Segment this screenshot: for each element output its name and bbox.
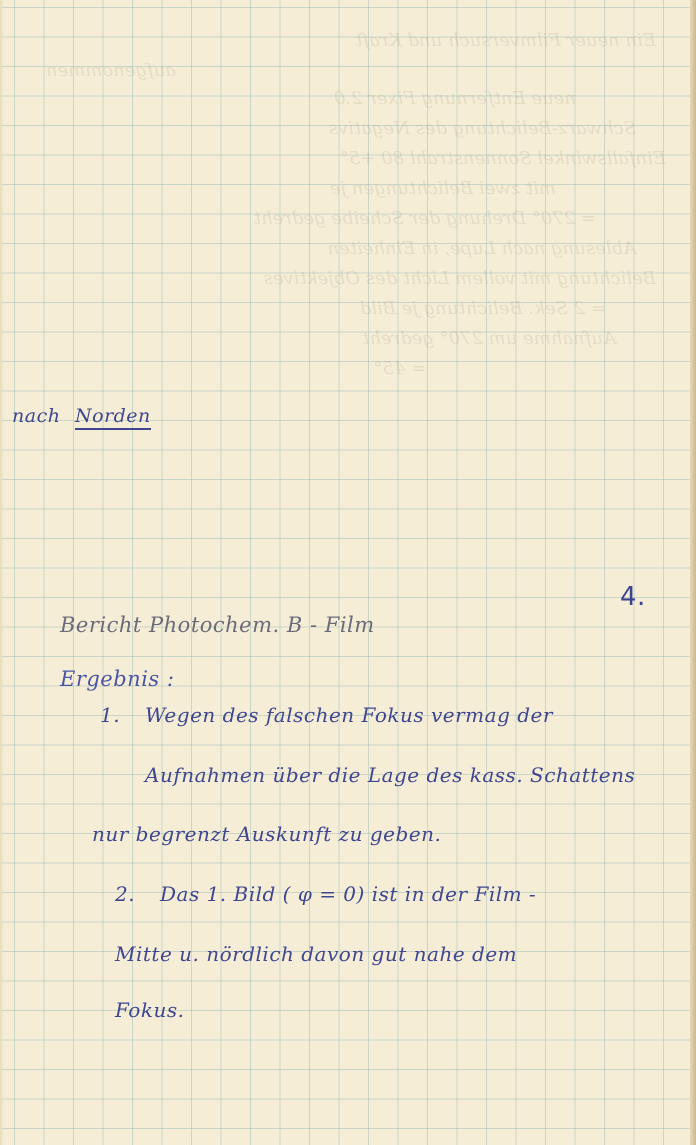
item-1-line-2: Aufnahmen über die Lage des kass. Schatt… (145, 763, 635, 787)
item-2-line-3: Fokus. (115, 998, 184, 1022)
bleed-line: = 45° (373, 358, 426, 379)
bleed-line: Schwarz-Belichtung des Negativs (329, 118, 636, 139)
top-note-prefix: nach (12, 405, 60, 427)
result-label: Ergebnis : (60, 667, 174, 691)
bleed-line: mit zwei Belichtungen je (330, 178, 556, 199)
report-heading: Bericht Photochem. B - Film (60, 613, 375, 637)
bleed-line: neue Entfernung Fixer 2.0 (334, 88, 576, 109)
bleed-line: = 2 Sek. Belichtung je Bild (360, 298, 606, 319)
bleed-line: Belichtung mit vollem Licht des Objektiv… (264, 268, 656, 289)
item-1-number: 1. (100, 703, 120, 727)
bleed-through-text: Ein neuer Filmversuch und Kraft aufgenom… (0, 0, 696, 400)
top-note-emphasis: Norden (75, 405, 151, 430)
item-1-line-3: nur begrenzt Auskunft zu geben. (92, 822, 441, 846)
item-2-line-1: Das 1. Bild ( φ = 0) ist in der Film - (160, 882, 536, 906)
bleed-line: Einfallswinkel Sonnenstrahl 80 +5° (340, 148, 666, 169)
bleed-line: Ablesung nach Lupe, in Einheiten (327, 238, 636, 259)
bleed-line: = 270° Drehung der Scheibe gedreht (254, 208, 596, 229)
item-2-line-2: Mitte u. nördlich davon gut nahe dem (115, 942, 517, 966)
item-2-number: 2. (115, 882, 135, 906)
bleed-line: Ein neuer Filmversuch und Kraft (355, 30, 656, 51)
item-1-line-1: Wegen des falschen Fokus vermag der (145, 703, 553, 727)
top-note: nach Norden (12, 405, 151, 427)
bleed-line: Aufnahme um 270° gedreht (362, 328, 616, 349)
bleed-line: aufgenommen (46, 60, 176, 81)
page-number: 4. (620, 582, 646, 612)
notebook-page: Ein neuer Filmversuch und Kraft aufgenom… (0, 0, 696, 1145)
